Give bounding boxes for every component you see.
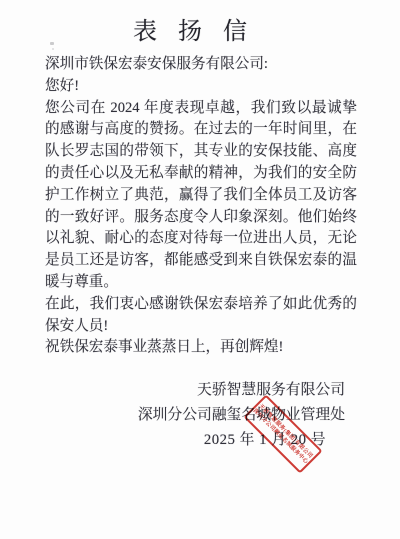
scan-speck	[52, 48, 54, 50]
body-line: 队长罗志国的带领下，其专业的安保技能、高度	[45, 141, 357, 163]
letter-page: 表扬信 深圳市铁保宏泰安保服务有限公司: 您好! 您公司在 2024 年度表现卓…	[0, 0, 400, 539]
body-line: 以礼貌、耐心的态度对待每一位进出人员，无论	[45, 228, 357, 250]
letter-body: 深圳市铁保宏泰安保服务有限公司: 您好! 您公司在 2024 年度表现卓越，我们…	[45, 54, 357, 359]
body-line: 您公司在 2024 年度表现卓越，我们致以最诚挚	[45, 98, 357, 120]
letter-title: 表扬信	[133, 16, 268, 48]
body-line: 的一致好评。服务态度令人印象深刻。他们始终	[45, 207, 357, 229]
body-line: 是员工还是访客，都能感受到来自铁保宏泰的温	[45, 250, 357, 272]
body-line: 在此，我们衷心感谢铁保宏泰培养了如此优秀的	[45, 294, 357, 316]
greeting-line: 您好!	[45, 76, 357, 98]
signature-company: 天骄智慧服务有限公司	[138, 378, 345, 403]
salutation-line: 深圳市铁保宏泰安保服务有限公司:	[45, 54, 357, 76]
scan-speck	[50, 42, 54, 45]
body-line: 暖与尊重。	[45, 272, 357, 294]
body-line: 保安人员!	[45, 316, 357, 338]
body-line: 的责任心以及无私奉献的精神，为我们的安全防	[45, 163, 357, 185]
body-line: 的感谢与高度的赞扬。在过去的一年时间里，在	[45, 119, 357, 141]
closing-wish-line: 祝铁保宏泰事业蒸蒸日上，再创辉煌!	[45, 337, 357, 359]
signature-department: 深圳分公司融玺名城物业管理处	[138, 403, 345, 428]
body-line: 护工作树立了典范，赢得了我们全体员工及访客	[45, 185, 357, 207]
